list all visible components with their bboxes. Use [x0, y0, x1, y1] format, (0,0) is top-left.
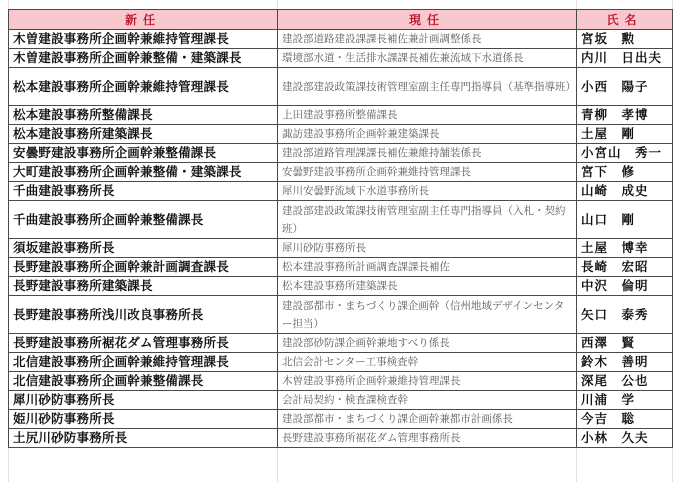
new-post-cell[interactable]: 須坂建設事務所長 [9, 239, 278, 258]
name-cell[interactable]: 宮坂 勲 [577, 30, 673, 49]
current-post-cell[interactable]: 犀川安曇野流域下水道事務所長 [278, 182, 577, 201]
table-row: 松本建設事務所建築課長諏訪建設事務所企画幹兼建築課長土屋 剛 [9, 125, 673, 144]
name-cell[interactable]: 鈴木 善明 [577, 353, 673, 372]
new-post-cell[interactable]: 長野建設事務所裾花ダム管理事務所長 [9, 334, 278, 353]
name-cell[interactable]: 今吉 聡 [577, 410, 673, 429]
new-post-cell[interactable]: 松本建設事務所企画幹兼維持管理課長 [9, 68, 278, 106]
header-name[interactable]: 氏名 [577, 10, 673, 30]
new-post-cell[interactable]: 土尻川砂防事務所長 [9, 429, 278, 448]
table-row: 木曽建設事務所企画幹兼維持管理課長建設部道路建設課課長補佐兼計画調整係長宮坂 勲 [9, 30, 673, 49]
new-post-cell[interactable]: 大町建設事務所企画幹兼整備・建築課長 [9, 163, 278, 182]
name-cell[interactable]: 山口 剛 [577, 201, 673, 239]
new-post-cell[interactable]: 長野建設事務所浅川改良事務所長 [9, 296, 278, 334]
table-row: 松本建設事務所整備課長上田建設事務所整備課長青柳 孝博 [9, 106, 673, 125]
current-post-cell[interactable]: 安曇野建設事務所企画幹兼維持管理課長 [278, 163, 577, 182]
name-cell[interactable]: 小林 久夫 [577, 429, 673, 448]
name-cell[interactable]: 中沢 倫明 [577, 277, 673, 296]
current-post-cell[interactable]: 諏訪建設事務所企画幹兼建築課長 [278, 125, 577, 144]
table-row: 犀川砂防事務所長会計局契約・検査課検査幹川浦 学 [9, 391, 673, 410]
current-post-cell[interactable]: 犀川砂防事務所長 [278, 239, 577, 258]
new-post-cell[interactable]: 犀川砂防事務所長 [9, 391, 278, 410]
name-cell[interactable]: 青柳 孝博 [577, 106, 673, 125]
name-cell[interactable]: 深尾 公也 [577, 372, 673, 391]
name-cell[interactable]: 土屋 剛 [577, 125, 673, 144]
table-row: 安曇野建設事務所企画幹兼整備課長建設部道路管理課課長補佐兼維持舗装係長小宮山 秀… [9, 144, 673, 163]
current-post-cell[interactable]: 建設部都市・まちづくり課企画幹（信州地域デザインセンター担当） [278, 296, 577, 334]
new-post-cell[interactable]: 安曇野建設事務所企画幹兼整備課長 [9, 144, 278, 163]
current-post-cell[interactable]: 環境部水道・生活排水課課長補佐兼流域下水道係長 [278, 49, 577, 68]
current-post-cell[interactable]: 松本建設事務所建築課長 [278, 277, 577, 296]
new-post-cell[interactable]: 木曽建設事務所企画幹兼整備・建築課長 [9, 49, 278, 68]
current-post-cell[interactable]: 北信会計センター工事検査幹 [278, 353, 577, 372]
name-cell[interactable]: 小宮山 秀一 [577, 144, 673, 163]
header-current-post[interactable]: 現任 [278, 10, 577, 30]
header-row: 新任 現任 氏名 [9, 10, 673, 30]
new-post-cell[interactable]: 木曽建設事務所企画幹兼維持管理課長 [9, 30, 278, 49]
table-row: 須坂建設事務所長犀川砂防事務所長土屋 博幸 [9, 239, 673, 258]
new-post-cell[interactable]: 北信建設事務所企画幹兼整備課長 [9, 372, 278, 391]
current-post-cell[interactable]: 建設部道路建設課課長補佐兼計画調整係長 [278, 30, 577, 49]
table-row: 土尻川砂防事務所長長野建設事務所裾花ダム管理事務所長小林 久夫 [9, 429, 673, 448]
table-row: 千曲建設事務所企画幹兼整備課長建設部建設政策課技術管理室副主任専門指導員（入札・… [9, 201, 673, 239]
current-post-cell[interactable]: 松本建設事務所計画調査課課長補佐 [278, 258, 577, 277]
current-post-cell[interactable]: 建設部都市・まちづくり課企画幹兼都市計画係長 [278, 410, 577, 429]
new-post-cell[interactable]: 千曲建設事務所企画幹兼整備課長 [9, 201, 278, 239]
new-post-cell[interactable]: 姫川砂防事務所長 [9, 410, 278, 429]
table-row: 千曲建設事務所長犀川安曇野流域下水道事務所長山崎 成史 [9, 182, 673, 201]
name-cell[interactable]: 長崎 宏昭 [577, 258, 673, 277]
current-post-cell[interactable]: 建設部道路管理課課長補佐兼維持舗装係長 [278, 144, 577, 163]
roster-body: 木曽建設事務所企画幹兼維持管理課長建設部道路建設課課長補佐兼計画調整係長宮坂 勲… [9, 30, 673, 448]
name-cell[interactable]: 山崎 成史 [577, 182, 673, 201]
new-post-cell[interactable]: 松本建設事務所整備課長 [9, 106, 278, 125]
table-row: 北信建設事務所企画幹兼整備課長木曽建設事務所企画幹兼維持管理課長深尾 公也 [9, 372, 673, 391]
name-cell[interactable]: 土屋 博幸 [577, 239, 673, 258]
current-post-cell[interactable]: 建設部建設政策課技術管理室副主任専門指導員（入札・契約班） [278, 201, 577, 239]
current-post-cell[interactable]: 会計局契約・検査課検査幹 [278, 391, 577, 410]
name-cell[interactable]: 小西 陽子 [577, 68, 673, 106]
current-post-cell[interactable]: 木曽建設事務所企画幹兼維持管理課長 [278, 372, 577, 391]
table-row: 長野建設事務所裾花ダム管理事務所長建設部砂防課企画幹兼地すべり係長西澤 賢 [9, 334, 673, 353]
header-new-post[interactable]: 新任 [9, 10, 278, 30]
name-cell[interactable]: 矢口 泰秀 [577, 296, 673, 334]
personnel-roster-table: 新任 現任 氏名 木曽建設事務所企画幹兼維持管理課長建設部道路建設課課長補佐兼計… [8, 9, 673, 448]
table-row: 大町建設事務所企画幹兼整備・建築課長安曇野建設事務所企画幹兼維持管理課長宮下 修 [9, 163, 673, 182]
table-row: 北信建設事務所企画幹兼維持管理課長北信会計センター工事検査幹鈴木 善明 [9, 353, 673, 372]
new-post-cell[interactable]: 北信建設事務所企画幹兼維持管理課長 [9, 353, 278, 372]
name-cell[interactable]: 内川 日出夫 [577, 49, 673, 68]
name-cell[interactable]: 川浦 学 [577, 391, 673, 410]
table-row: 松本建設事務所企画幹兼維持管理課長建設部建設政策課技術管理室副主任専門指導員（基… [9, 68, 673, 106]
table-row: 長野建設事務所企画幹兼計画調査課長松本建設事務所計画調査課課長補佐長崎 宏昭 [9, 258, 673, 277]
name-cell[interactable]: 西澤 賢 [577, 334, 673, 353]
table-row: 木曽建設事務所企画幹兼整備・建築課長環境部水道・生活排水課課長補佐兼流域下水道係… [9, 49, 673, 68]
new-post-cell[interactable]: 長野建設事務所企画幹兼計画調査課長 [9, 258, 278, 277]
name-cell[interactable]: 宮下 修 [577, 163, 673, 182]
current-post-cell[interactable]: 建設部建設政策課技術管理室副主任専門指導員（基準指導班） [278, 68, 577, 106]
new-post-cell[interactable]: 長野建設事務所建築課長 [9, 277, 278, 296]
new-post-cell[interactable]: 千曲建設事務所長 [9, 182, 278, 201]
current-post-cell[interactable]: 長野建設事務所裾花ダム管理事務所長 [278, 429, 577, 448]
table-row: 姫川砂防事務所長建設部都市・まちづくり課企画幹兼都市計画係長今吉 聡 [9, 410, 673, 429]
current-post-cell[interactable]: 建設部砂防課企画幹兼地すべり係長 [278, 334, 577, 353]
current-post-cell[interactable]: 上田建設事務所整備課長 [278, 106, 577, 125]
new-post-cell[interactable]: 松本建設事務所建築課長 [9, 125, 278, 144]
table-row: 長野建設事務所建築課長松本建設事務所建築課長中沢 倫明 [9, 277, 673, 296]
table-row: 長野建設事務所浅川改良事務所長建設部都市・まちづくり課企画幹（信州地域デザインセ… [9, 296, 673, 334]
